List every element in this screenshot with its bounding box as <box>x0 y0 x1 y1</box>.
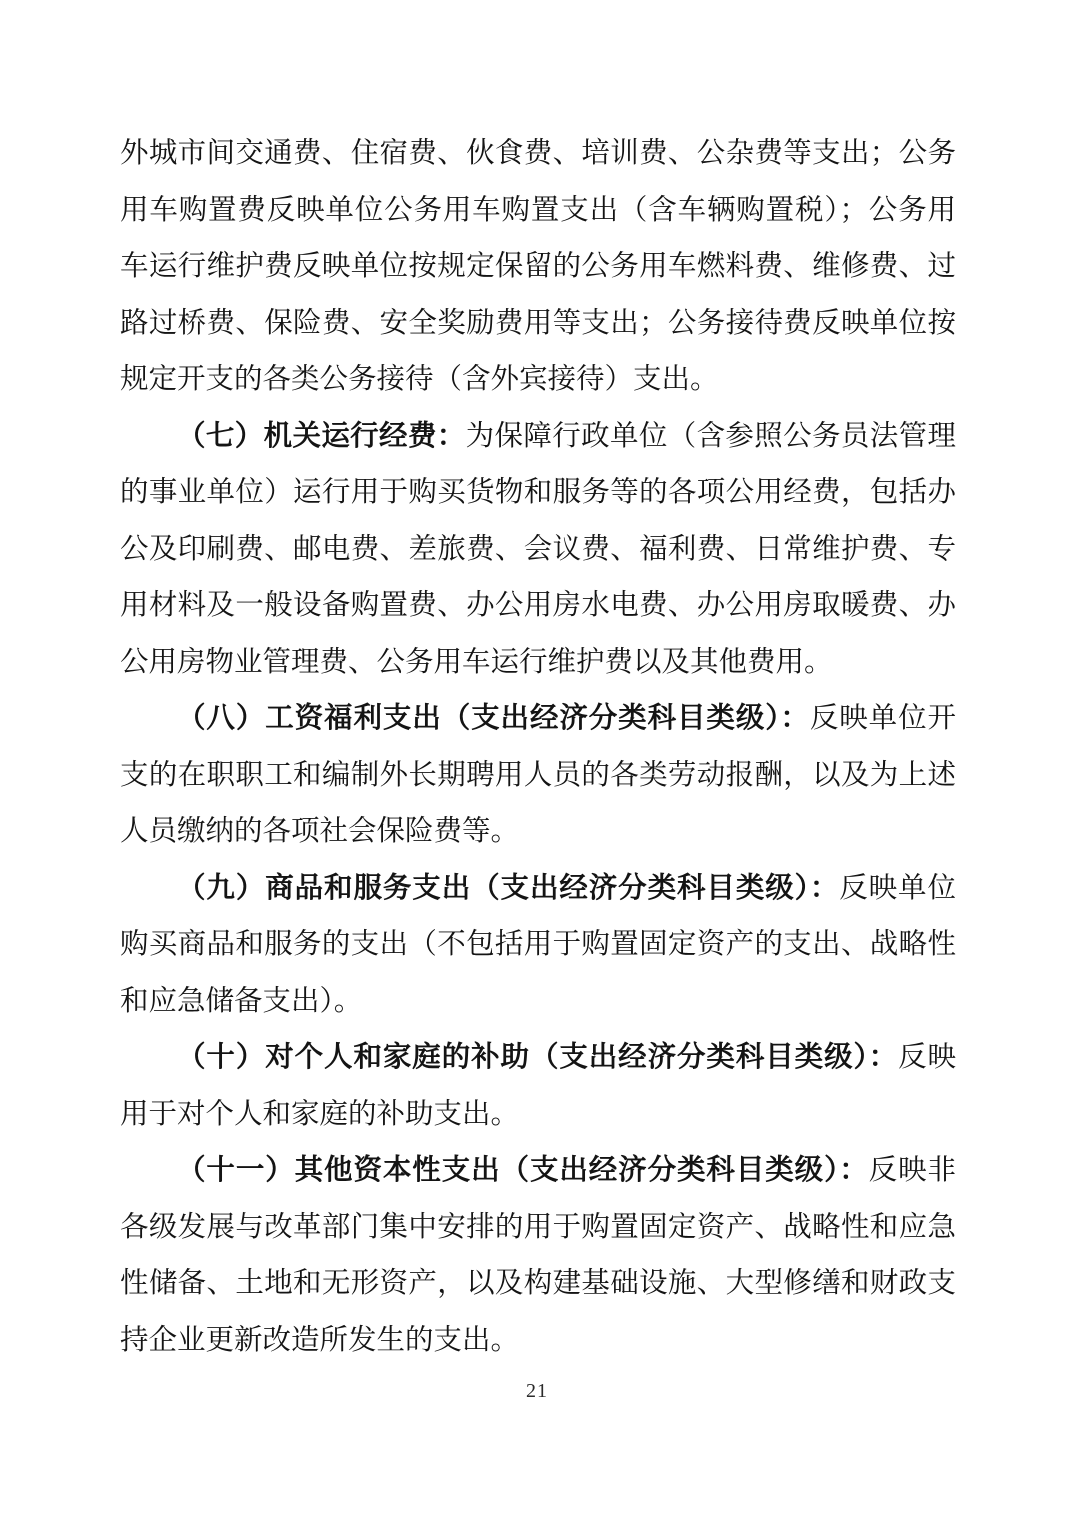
paragraph: （九）商品和服务支出（支出经济分类科目类级）：反映单位购买商品和服务的支出（不包… <box>120 861 956 1031</box>
page-number: 21 <box>526 1380 548 1402</box>
paragraph-heading: （九）商品和服务支出（支出经济分类科目类级）： <box>177 873 839 904</box>
paragraph-text: 外城市间交通费、住宿费、伙食费、培训费、公杂费等支出；公务用车购置费反映单位公务… <box>120 138 956 395</box>
page-footer: 21 <box>0 1380 1074 1403</box>
paragraph: （七）机关运行经费：为保障行政单位（含参照公务员法管理的事业单位）运行用于购买货… <box>120 409 956 692</box>
document-page: 外城市间交通费、住宿费、伙食费、培训费、公杂费等支出；公务用车购置费反映单位公务… <box>0 0 1074 1520</box>
document-body: 外城市间交通费、住宿费、伙食费、培训费、公杂费等支出；公务用车购置费反映单位公务… <box>120 126 956 1369</box>
paragraph: （十）对个人和家庭的补助（支出经济分类科目类级）：反映用于对个人和家庭的补助支出… <box>120 1030 956 1143</box>
paragraph: 外城市间交通费、住宿费、伙食费、培训费、公杂费等支出；公务用车购置费反映单位公务… <box>120 126 956 409</box>
paragraph-heading: （八）工资福利支出（支出经济分类科目类级）： <box>177 703 810 734</box>
paragraph: （十一）其他资本性支出（支出经济分类科目类级）：反映非各级发展与改革部门集中安排… <box>120 1143 956 1369</box>
paragraph-text: 为保障行政单位（含参照公务员法管理的事业单位）运行用于购买货物和服务等的各项公用… <box>120 421 956 678</box>
paragraph-heading: （十一）其他资本性支出（支出经济分类科目类级）： <box>177 1155 869 1186</box>
paragraph: （八）工资福利支出（支出经济分类科目类级）：反映单位开支的在职职工和编制外长期聘… <box>120 691 956 861</box>
paragraph-heading: （十）对个人和家庭的补助（支出经济分类科目类级）： <box>177 1042 898 1073</box>
paragraph-heading: （七）机关运行经费： <box>177 421 466 452</box>
